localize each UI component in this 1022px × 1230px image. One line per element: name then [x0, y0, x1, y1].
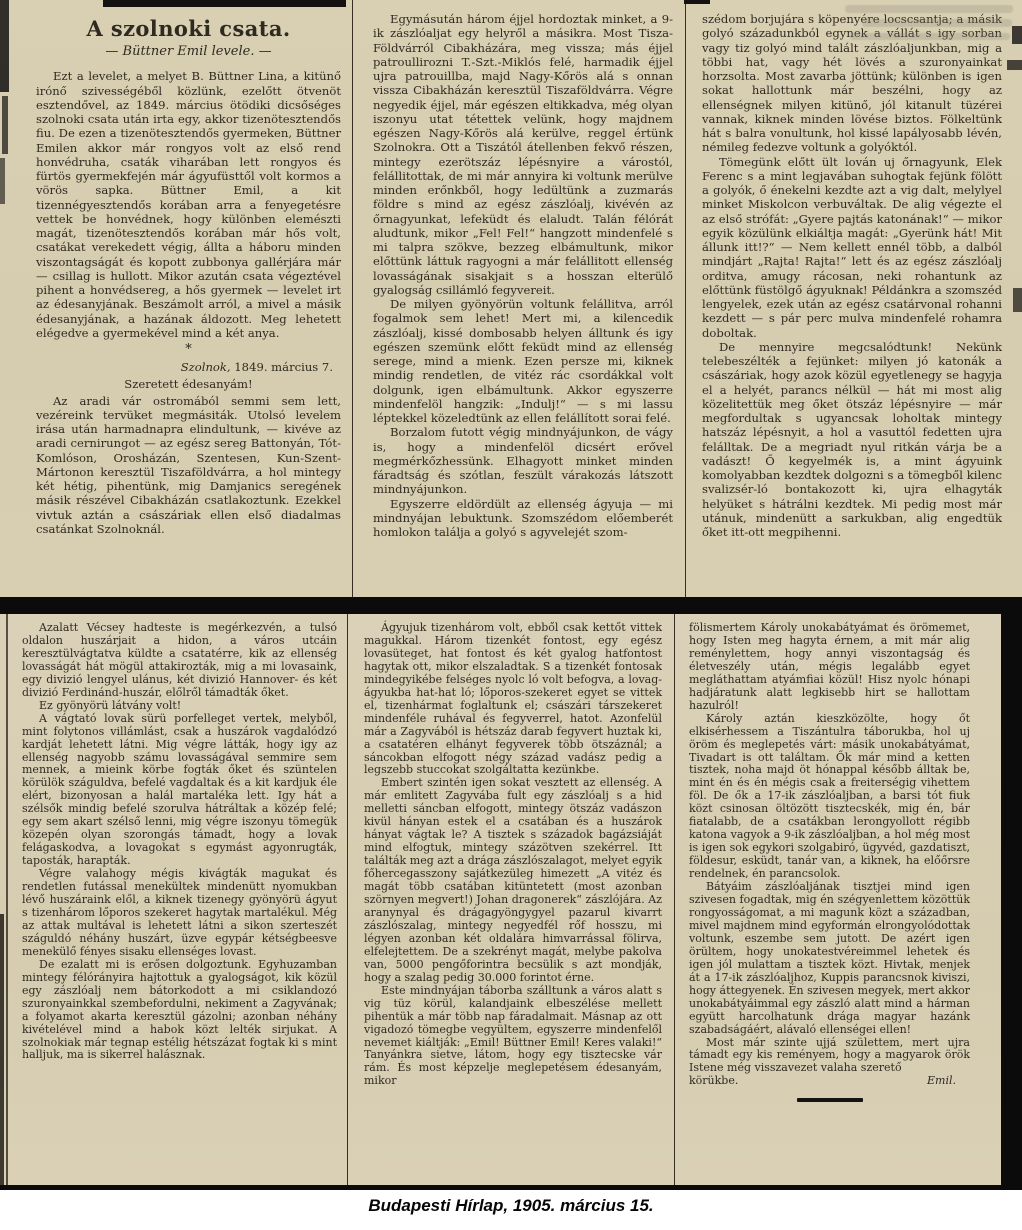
bottom-column-2: Ágyujuk tizenhárom volt, ebből csak kett… [347, 614, 674, 1185]
ink-bleed-mark [862, 19, 1012, 27]
paragraph: Ezt a levelet, a melyet B. Büttner Lina,… [36, 69, 341, 340]
newspaper-scan-bottom: Azalatt Vécsey hadteste is megérkezvén, … [0, 614, 1022, 1190]
paragraph: Azalatt Vécsey hadteste is megérkezvén, … [22, 622, 337, 700]
ink-bleed-mark [850, 33, 1010, 40]
dateline: Szolnok, 1849. március 7. [36, 360, 341, 374]
top-column-3: szédom borjujára s köpenyére locscsantja… [685, 0, 1022, 598]
article-subtitle: — Büttner Emil levele. — [36, 45, 341, 59]
paragraph: Embert szintén igen sokat vesztett az el… [364, 777, 662, 984]
top-column-1: A szolnoki csata. — Büttner Emil levele.… [0, 0, 352, 598]
bottom-column-1: Azalatt Vécsey hadteste is megérkezvén, … [0, 614, 347, 1185]
paragraph: De milyen gyönyörün voltunk felállitva, … [373, 297, 673, 425]
newspaper-page: A szolnoki csata. — Büttner Emil levele.… [0, 0, 1022, 1230]
bottom-column-3: fölismertem Károly unokabátyámat és öröm… [674, 614, 1000, 1185]
scan-artifact-top-tick [684, 0, 710, 4]
section-star-divider: * [36, 342, 341, 358]
signature: Emil. [927, 1075, 970, 1088]
paragraph: Az aradi vár ostromából semmi sem lett, … [36, 394, 341, 537]
paragraph: Bátyáim zászlóaljának tisztjei mind igen… [689, 881, 970, 1036]
paragraph: De mennyire megcsalódtunk! Nekünk telebe… [702, 340, 1002, 540]
article-title: A szolnoki csata. [36, 16, 341, 42]
paragraph: Végre valahogy mégis kivágták magukat és… [22, 868, 337, 959]
ink-bleed-mark [845, 5, 1013, 13]
signature-line: körükbe. Emil. [689, 1075, 970, 1088]
scan-artifact-left-edge [0, 914, 4, 1185]
paragraph: Borzalom futott végig mindnyájunkon, de … [373, 425, 673, 496]
scan-artifact-left-line [6, 614, 8, 1185]
paragraph-last-word: körükbe. [689, 1075, 738, 1088]
paragraph: Egyszerre eldördült az ellenség ágyuja —… [373, 497, 673, 540]
scan-artifact-top-bar [103, 0, 346, 7]
paragraph: De ezalatt mi is erősen dolgoztunk. Egyh… [22, 959, 337, 1063]
paragraph: A vágtató lovak sürü porfelleget vertek,… [22, 713, 337, 868]
paragraph: fölismertem Károly unokabátyámat és öröm… [689, 622, 970, 713]
scan-artifact-right-edge [1007, 60, 1022, 70]
scan-artifact-right-edge [1013, 288, 1022, 312]
paragraph: Most már szinte ujjá születtem, mert ujr… [689, 1037, 970, 1076]
paragraph: Egymásután három éjjel hordoztak minket,… [373, 12, 673, 297]
dateline-date: 1849. március 7. [231, 360, 333, 374]
scan-artifact-left-edge [2, 96, 8, 154]
top-column-2: Egymásután három éjjel hordoztak minket,… [352, 0, 685, 598]
scan-artifact-right-bar [1001, 614, 1022, 1185]
paragraph: Károly aztán kieszközölte, hogy őt elkis… [689, 713, 970, 881]
end-rule [797, 1098, 863, 1102]
paragraph: Ágyujuk tizenhárom volt, ebből csak kett… [364, 622, 662, 777]
paragraph: Ez gyönyörü látvány volt! [22, 700, 337, 713]
salutation: Szeretett édesanyám! [36, 377, 341, 391]
scan-artifact-left-edge [0, 0, 9, 92]
scan-artifact-right-edge [1012, 26, 1022, 44]
dateline-place: Szolnok, [181, 360, 231, 374]
newspaper-scan-top: A szolnoki csata. — Büttner Emil levele.… [0, 0, 1022, 598]
paragraph: Este mindnyájan táborba szálltunk a váro… [364, 985, 662, 1089]
separator-band [0, 597, 1022, 614]
source-caption: Budapesti Hírlap, 1905. március 15. [0, 1196, 1022, 1216]
scan-artifact-left-edge [0, 158, 5, 204]
paragraph: Tömegünk előtt ült lován uj őrnagyunk, E… [702, 155, 1002, 340]
